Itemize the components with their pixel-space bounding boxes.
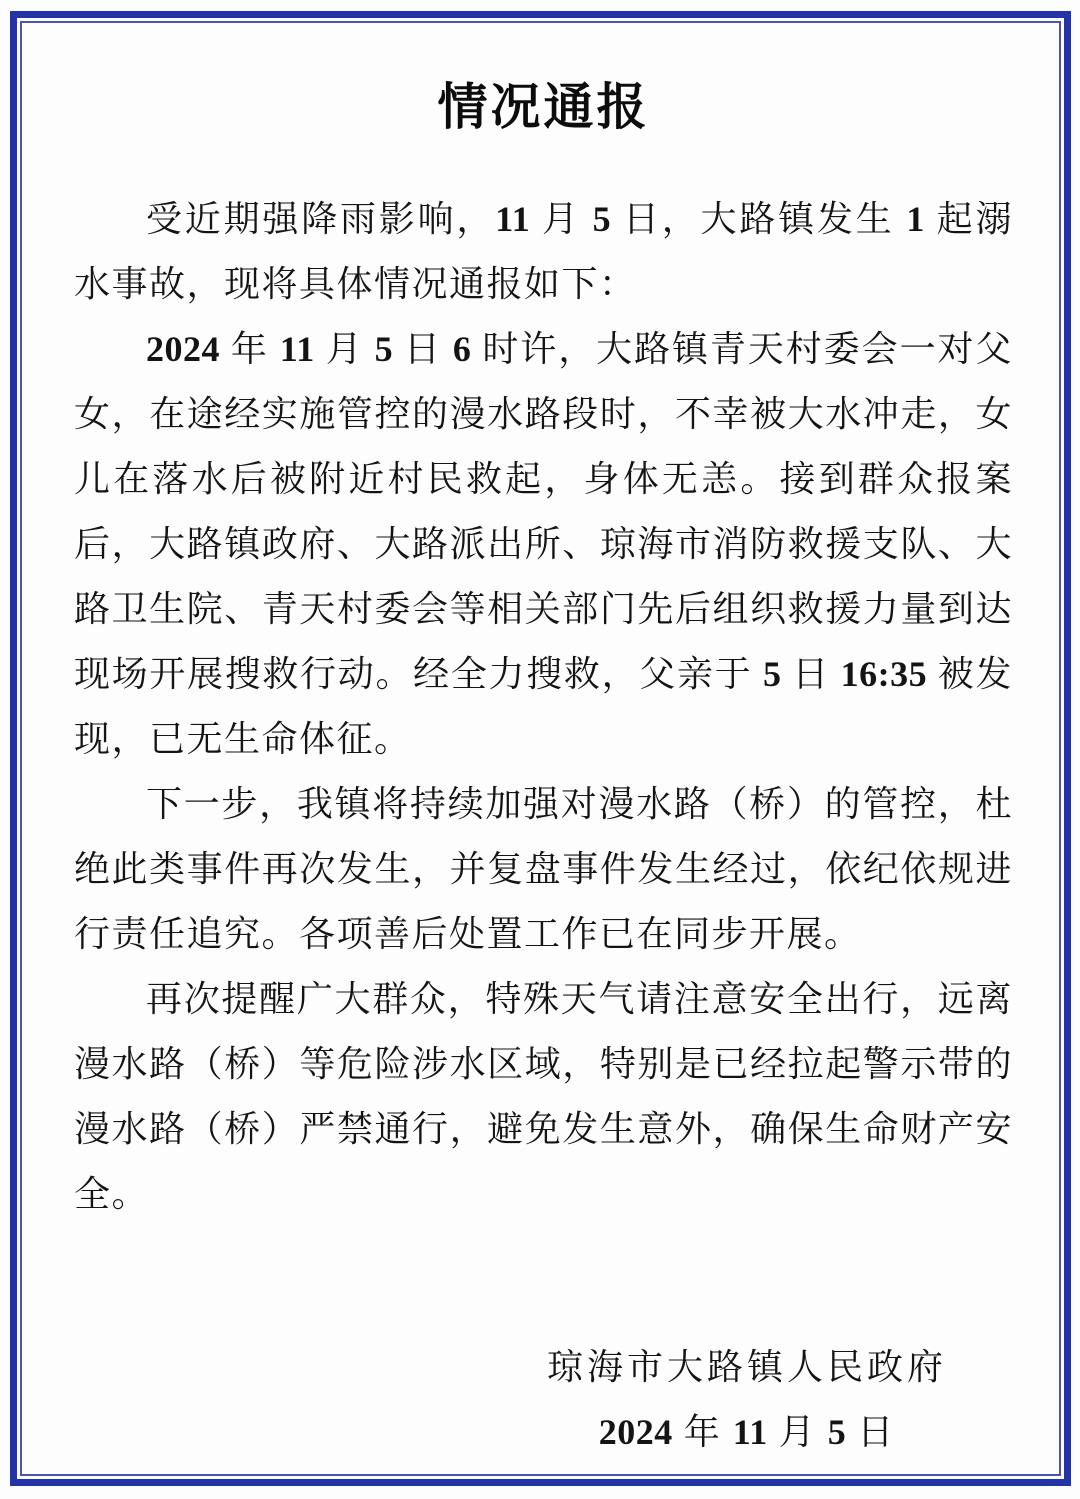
numeral-text: 5 [763, 654, 782, 694]
numeral-text: 2024 [146, 329, 220, 369]
numeral-text: 5 [375, 329, 394, 369]
notice-paragraph: 再次提醒广大群众，特殊天气请注意安全出行，远离漫水路（桥）等危险涉水区域，特别是… [74, 967, 1013, 1227]
notice-title: 情况通报 [74, 79, 1013, 135]
date-text: 日 [846, 1412, 895, 1452]
notice-paragraph: 受近期强降雨影响，11 月 5 日，大路镇发生 1 起溺水事故，现将具体情况通报… [74, 187, 1013, 317]
numeral-text: 6 [453, 329, 472, 369]
numeral-text: 11 [280, 329, 315, 369]
signature-block: 琼海市大路镇人民政府 2024 年 11 月 5 日 [74, 1335, 1013, 1465]
body-text: 日，大路镇发生 [611, 199, 906, 239]
numeral-text: 11 [733, 1412, 768, 1452]
notice-paragraph: 2024 年 11 月 5 日 6 时许，大路镇青天村委会一对父女，在途经实施管… [74, 317, 1013, 772]
signature-date: 2024 年 11 月 5 日 [547, 1400, 947, 1465]
numeral-text: 16:35 [841, 654, 928, 694]
date-text: 月 [768, 1412, 828, 1452]
notice-body: 受近期强降雨影响，11 月 5 日，大路镇发生 1 起溺水事故，现将具体情况通报… [74, 187, 1013, 1227]
notice-paragraph: 下一步，我镇将持续加强对漫水路（桥）的管控，杜绝此类事件再次发生，并复盘事件发生… [74, 772, 1013, 967]
body-text: 日 [393, 329, 453, 369]
body-text: 下一步，我镇将持续加强对漫水路（桥）的管控，杜绝此类事件再次发生，并复盘事件发生… [74, 784, 1013, 954]
body-text: 年 [220, 329, 280, 369]
numeral-text: 5 [828, 1412, 847, 1452]
body-text: 受近期强降雨影响， [146, 199, 495, 239]
body-text: 时许，大路镇青天村委会一对父女，在途经实施管控的漫水路段时，不幸被大水冲走，女儿… [74, 329, 1013, 694]
notice-outer-frame: 情况通报 受近期强降雨影响，11 月 5 日，大路镇发生 1 起溺水事故，现将具… [10, 11, 1071, 1486]
notice-inner-frame: 情况通报 受近期强降雨影响，11 月 5 日，大路镇发生 1 起溺水事故，现将具… [20, 21, 1061, 1476]
body-text: 月 [530, 199, 592, 239]
numeral-text: 5 [593, 199, 612, 239]
body-text: 月 [315, 329, 375, 369]
numeral-text: 11 [495, 199, 530, 239]
signature-issuer: 琼海市大路镇人民政府 [547, 1335, 947, 1400]
notice-screenshot: { "document": { "title": "情况通报", "paragr… [0, 0, 1080, 1499]
body-text: 日 [782, 654, 841, 694]
signature-inner: 琼海市大路镇人民政府 2024 年 11 月 5 日 [547, 1335, 947, 1465]
date-text: 年 [673, 1412, 733, 1452]
numeral-text: 2024 [599, 1412, 673, 1452]
body-text: 再次提醒广大群众，特殊天气请注意安全出行，远离漫水路（桥）等危险涉水区域，特别是… [74, 979, 1013, 1214]
numeral-text: 1 [906, 199, 925, 239]
